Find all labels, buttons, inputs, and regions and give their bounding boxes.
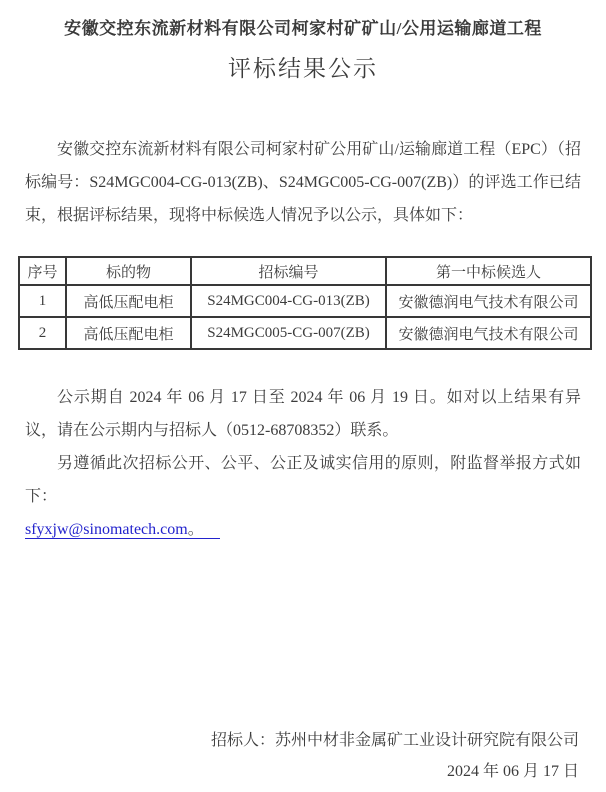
cell-first-candidate: 安徽德润电气技术有限公司	[386, 317, 591, 349]
report-email-link[interactable]: sfyxjw@sinomatech.com。	[25, 521, 220, 539]
intro-paragraph: 安徽交控东流新材料有限公司柯家村矿公用矿山/运输廊道工程（EPC）（招标编号：S…	[25, 133, 581, 232]
announcement-page: 安徽交控东流新材料有限公司柯家村矿矿山/公用运输廊道工程 评标结果公示 安徽交控…	[0, 0, 606, 792]
header-subject: 标的物	[66, 257, 191, 285]
table-row: 1 高低压配电柜 S24MGC004-CG-013(ZB) 安徽德润电气技术有限…	[19, 285, 591, 317]
page-subtitle: 评标结果公示	[0, 52, 606, 86]
publicity-period-paragraph: 公示期自 2024 年 06 月 17 日至 2024 年 06 月 19 日。…	[25, 381, 581, 447]
tenderer-line: 招标人：苏州中材非金属矿工业设计研究院有限公司	[211, 725, 579, 756]
header-first-candidate: 第一中标候选人	[386, 257, 591, 285]
cell-first-candidate: 安徽德润电气技术有限公司	[386, 285, 591, 317]
date-line: 2024 年 06 月 17 日	[211, 756, 579, 787]
report-email-line: sfyxjw@sinomatech.com。	[25, 513, 581, 546]
header-seq: 序号	[19, 257, 66, 285]
cell-subject: 高低压配电柜	[66, 317, 191, 349]
report-email-address[interactable]: sfyxjw@sinomatech.com	[25, 521, 188, 538]
signature-block: 招标人：苏州中材非金属矿工业设计研究院有限公司 2024 年 06 月 17 日	[211, 725, 579, 787]
supervision-paragraph: 另遵循此次招标公开、公平、公正及诚实信用的原则，附监督举报方式如下：	[25, 447, 581, 513]
cell-seq: 2	[19, 317, 66, 349]
header-tender-no: 招标编号	[191, 257, 386, 285]
cell-subject: 高低压配电柜	[66, 285, 191, 317]
cell-tender-no: S24MGC004-CG-013(ZB)	[191, 285, 386, 317]
cell-tender-no: S24MGC005-CG-007(ZB)	[191, 317, 386, 349]
report-email-suffix: 。	[188, 521, 204, 538]
table-header-row: 序号 标的物 招标编号 第一中标候选人	[19, 257, 591, 285]
cell-seq: 1	[19, 285, 66, 317]
page-title: 安徽交控东流新材料有限公司柯家村矿矿山/公用运输廊道工程	[0, 0, 606, 43]
table-row: 2 高低压配电柜 S24MGC005-CG-007(ZB) 安徽德润电气技术有限…	[19, 317, 591, 349]
bid-result-table: 序号 标的物 招标编号 第一中标候选人 1 高低压配电柜 S24MGC004-C…	[18, 256, 592, 350]
